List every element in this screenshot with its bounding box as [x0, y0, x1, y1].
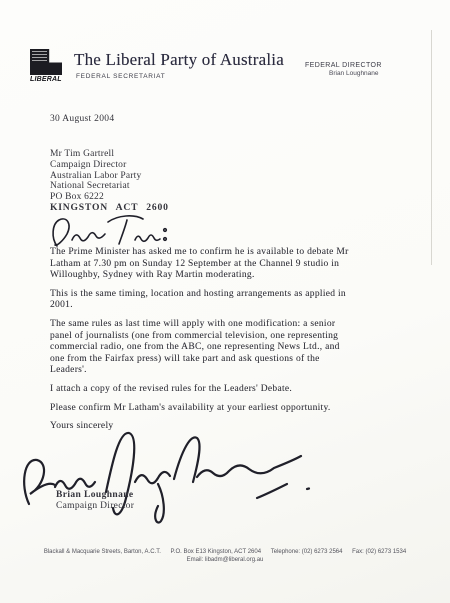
recipient-address-block: Mr Tim Gartrell Campaign Director Austra… — [50, 149, 169, 214]
party-name-heading: The Liberal Party of Australia — [74, 50, 284, 70]
recipient-title: Campaign Director — [50, 160, 169, 171]
scan-edge-artifact — [431, 30, 432, 265]
federal-secretariat-label: FEDERAL SECRETARIAT — [76, 73, 165, 80]
signatory-name: Brian Loughnane — [56, 490, 134, 500]
salutation-text: Dear Tim: — [0, 0, 1, 1]
paragraph-confirm-availability: Please confirm Mr Latham's availability … — [50, 403, 352, 415]
federal-director-label: FEDERAL DIRECTOR — [305, 62, 415, 69]
letter-date: 30 August 2004 — [50, 114, 114, 124]
paragraph-debate-confirm: The Prime Minister has asked me to confi… — [50, 247, 352, 282]
liberal-party-logo: LIBERAL — [30, 49, 74, 83]
letter-body: The Prime Minister has asked me to confi… — [50, 247, 352, 440]
federal-director-name: Brian Loughnane — [329, 70, 415, 77]
paragraph-rules: The same rules as last time will apply w… — [50, 319, 352, 377]
footer-po-box: P.O. Box E13 Kingston, ACT 2604 — [171, 549, 262, 555]
letterhead-footer: Blackall & Macquarie Streets, Barton, A.… — [0, 548, 450, 564]
liberal-logo-wordmark: LIBERAL — [30, 76, 74, 83]
signatory-title: Campaign Director — [56, 501, 134, 511]
scanned-letter-page: LIBERAL The Liberal Party of Australia F… — [0, 0, 450, 603]
recipient-dept: National Secretariat — [50, 181, 169, 192]
footer-telephone: Telephone: (02) 6273 2564 — [271, 549, 343, 555]
recipient-name: Mr Tim Gartrell — [50, 149, 169, 160]
paragraph-attachment: I attach a copy of the revised rules for… — [50, 384, 352, 396]
paragraph-same-timing: This is the same timing, location and ho… — [50, 289, 352, 312]
director-block: FEDERAL DIRECTOR Brian Loughnane — [305, 62, 415, 77]
footer-address-line: Blackall & Macquarie Streets, Barton, A.… — [0, 548, 450, 556]
footer-email-line: Email: libadm@liberal.org.au — [0, 556, 450, 564]
recipient-org: Australian Labor Party — [50, 171, 169, 182]
footer-fax: Fax: (02) 6273 1534 — [352, 549, 406, 555]
footer-street-address: Blackall & Macquarie Streets, Barton, A.… — [44, 549, 161, 555]
liberal-logo-flag-icon — [30, 49, 62, 75]
